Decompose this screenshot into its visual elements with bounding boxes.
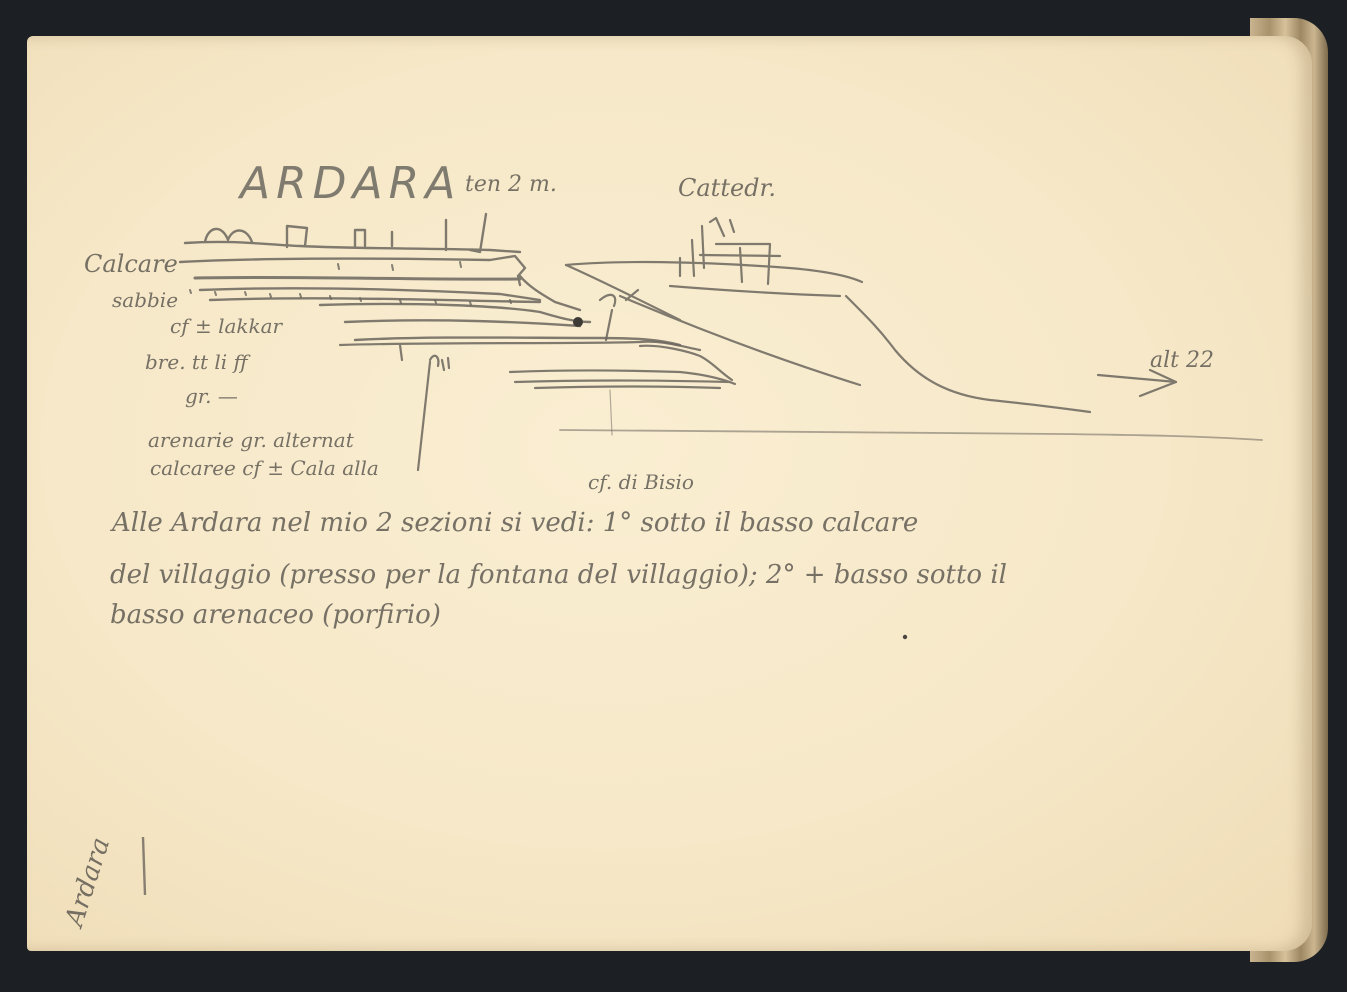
margin-dash [0,0,1347,992]
